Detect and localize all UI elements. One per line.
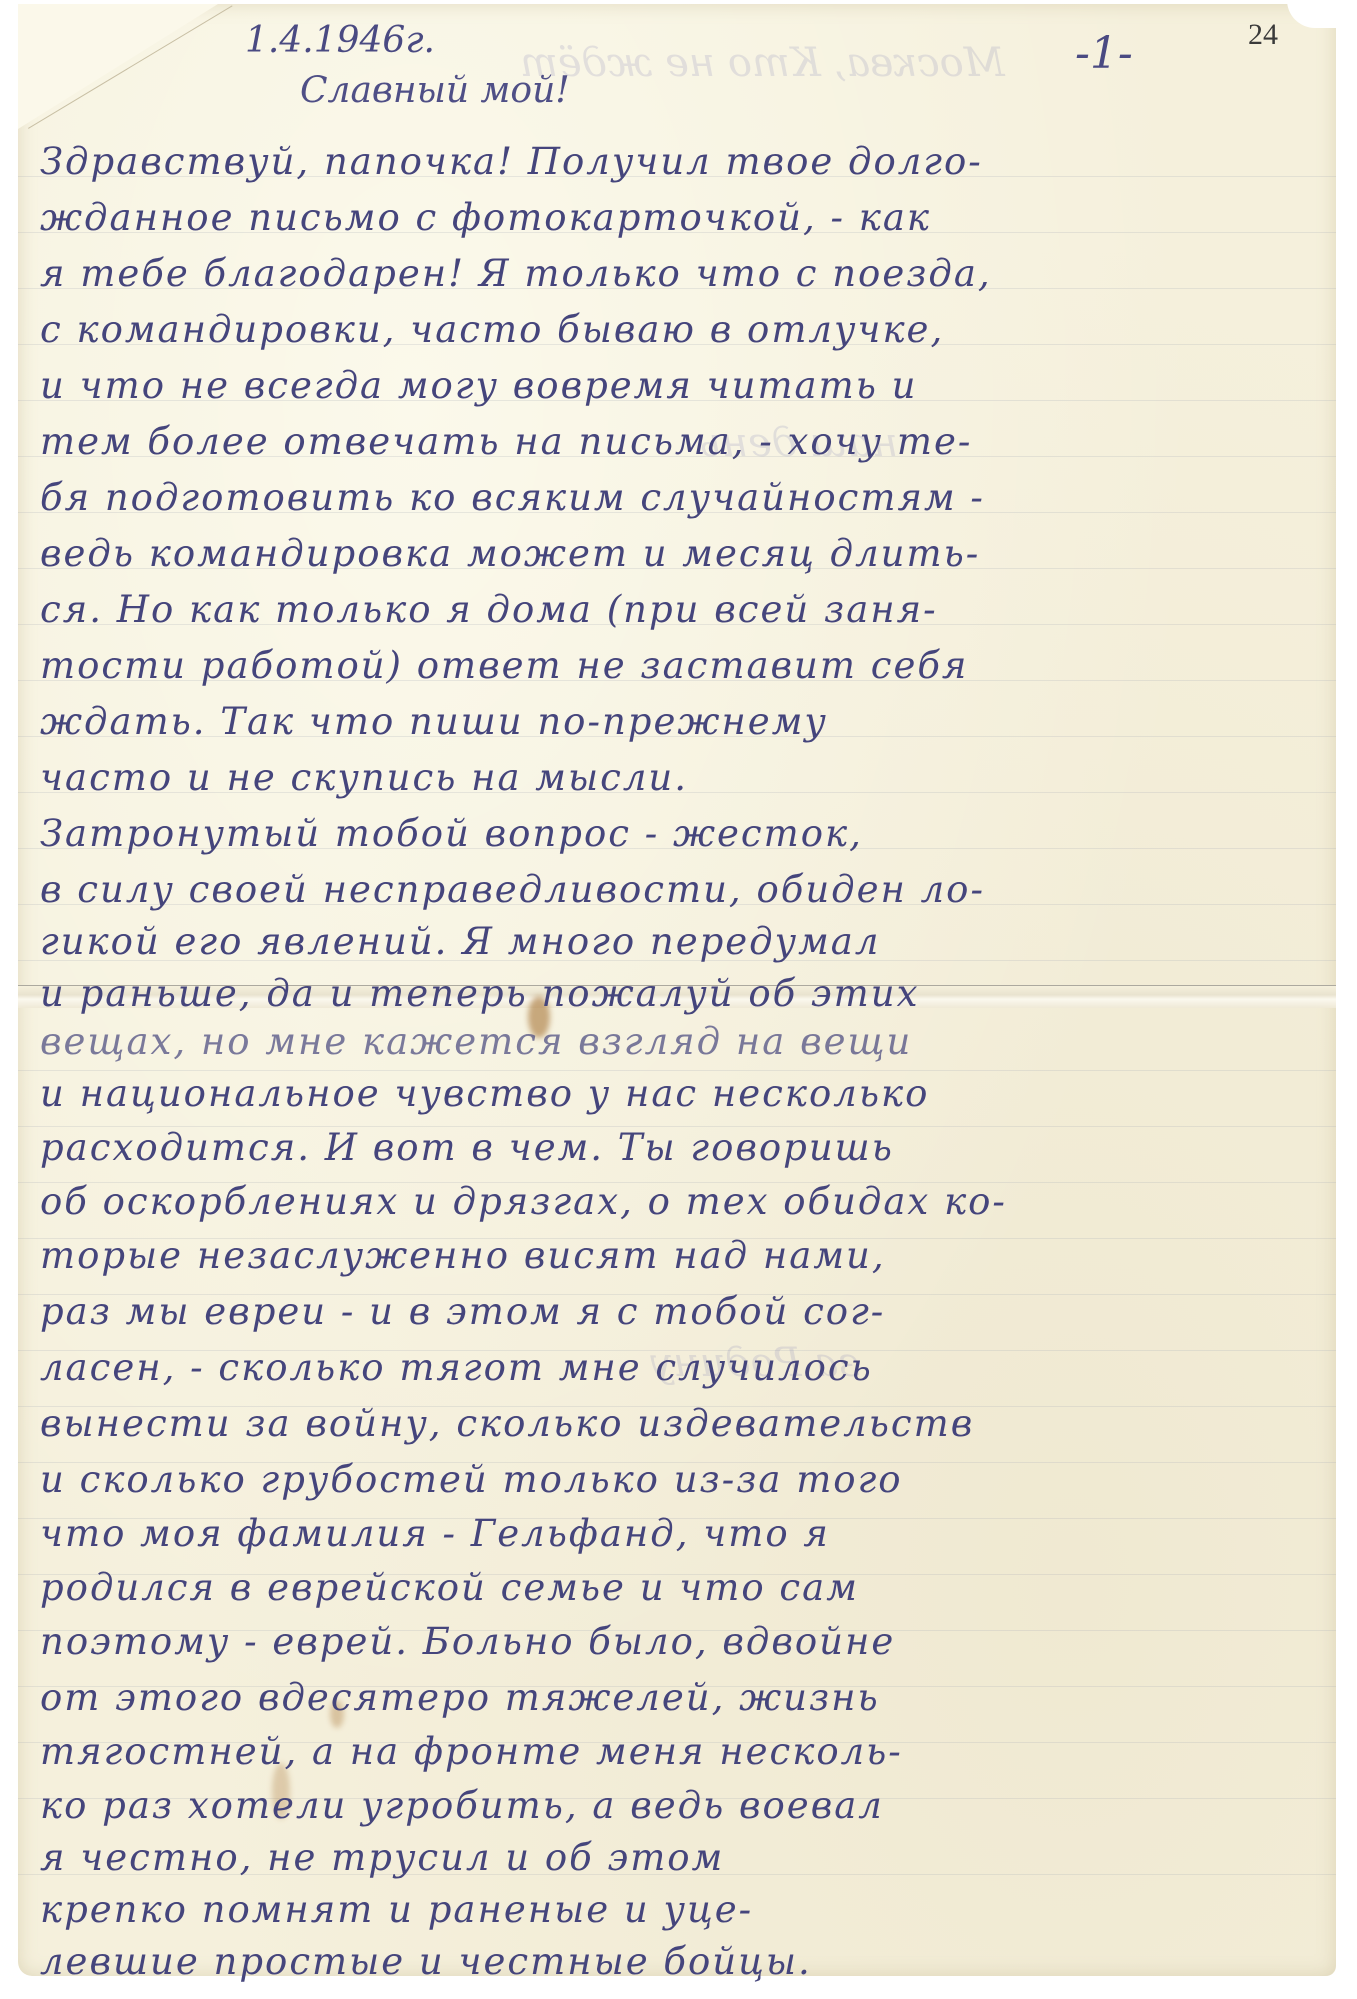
letter-line: ся. Но как только я дома (при всей заня-	[40, 588, 938, 631]
page-marker: -1-	[1075, 28, 1133, 79]
letter-date: 1.4.1946г.	[245, 20, 435, 61]
letter-line: крепко помнят и раненые и уце-	[40, 1888, 753, 1931]
letter-line: в силу своей несправедливости, обиден ло…	[40, 868, 985, 911]
folded-corner	[18, 4, 218, 129]
letter-line: вынести за войну, сколько издевательств	[40, 1402, 974, 1445]
letter-line: ко раз хотели угробить, а ведь воевал	[40, 1784, 884, 1827]
letter-line: раз мы евреи - и в этом я с тобой сог-	[40, 1290, 885, 1333]
letter-line: тягостней, а на фронте меня несколь-	[40, 1730, 903, 1773]
letter-line: ласен, - сколько тягот мне случилось	[40, 1346, 873, 1389]
letter-line: жданное письмо с фотокарточкой, - как	[40, 196, 931, 239]
letter-line: ведь командировка может и месяц длить-	[40, 532, 980, 575]
letter-line: Затронутый тобой вопрос - жесток,	[40, 812, 863, 855]
show-through-text: Москва, Кто не ждёт	[520, 40, 1005, 86]
salutation: Славный мой!	[300, 70, 570, 111]
letter-line: и раньше, да и теперь пожалуй об этих	[40, 972, 919, 1015]
letter-line: бя подготовить ко всяким случайностям -	[40, 476, 985, 519]
letter-line: с командировки, часто бываю в отлучке,	[40, 308, 944, 351]
letter-line: поэтому - еврей. Больно было, вдвойне	[40, 1620, 895, 1663]
letter-line: торые незаслуженно висят над нами,	[40, 1234, 886, 1277]
letter-line: часто и не скупись на мысли.	[40, 756, 688, 799]
letter-line: родился в еврейской семье и что сам	[40, 1566, 859, 1609]
ruling-line	[18, 1070, 1336, 1071]
letter-line: об оскорблениях и дрязгах, о тех обидах …	[40, 1180, 1007, 1223]
letter-line: ждать. Так что пиши по-прежнему	[40, 700, 828, 743]
letter-line: гикой его явлений. Я много передумал	[40, 920, 880, 963]
letter-line: и сколько грубостей только из-за того	[40, 1458, 903, 1501]
letter-line: тем более отвечать на письма, - хочу те-	[40, 420, 972, 463]
letter-line: что моя фамилия - Гельфанд, что я	[40, 1512, 830, 1555]
letter-line: от этого вдесятеро тяжелей, жизнь	[40, 1676, 880, 1719]
letter-line: расходится. И вот в чем. Ты говоришь	[40, 1126, 894, 1169]
letter-line: вещах, но мне кажется взгляд на вещи	[40, 1020, 912, 1063]
archive-number: 24	[1248, 18, 1278, 52]
letter-line: и что не всегда могу вовремя читать и	[40, 364, 917, 407]
letter-line: Здравствуй, папочка! Получил твое долго-	[40, 140, 983, 183]
letter-line: я честно, не трусил и об этом	[40, 1836, 724, 1879]
letter-line: левшие простые и честные бойцы.	[40, 1940, 812, 1983]
letter-line: я тебе благодарен! Я только что с поезда…	[40, 252, 992, 295]
letter-line: тости работой) ответ не заставит себя	[40, 644, 968, 687]
letter-line: и национальное чувство у нас несколько	[40, 1072, 929, 1115]
